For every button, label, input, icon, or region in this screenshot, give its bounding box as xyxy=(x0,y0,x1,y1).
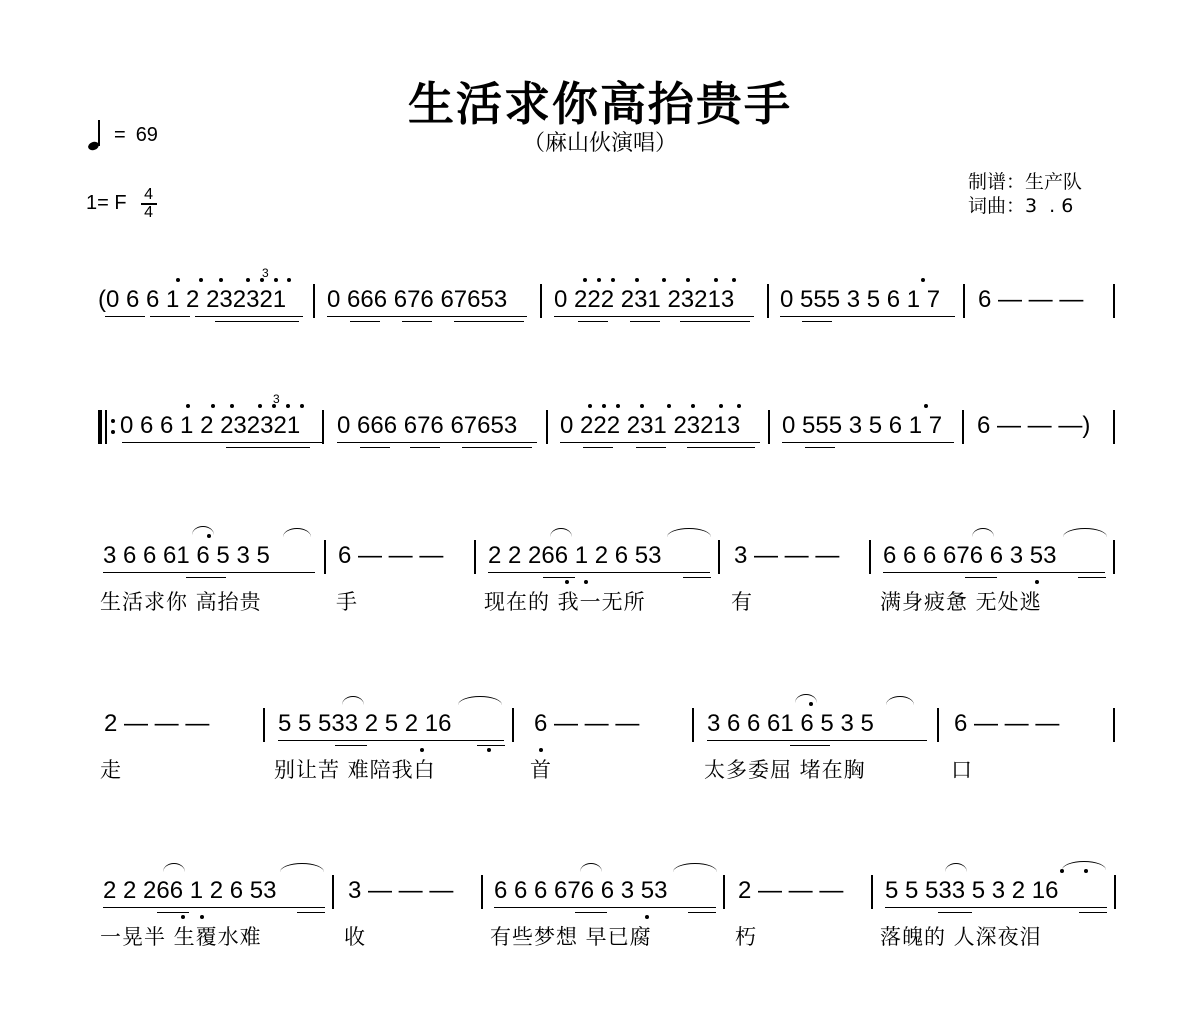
slur xyxy=(580,863,602,872)
lyric: 一晃半 生覆水难 xyxy=(100,921,262,951)
lyric: 有 xyxy=(731,586,753,616)
barline xyxy=(313,284,315,318)
measure: 2 — — — xyxy=(738,877,843,905)
barline xyxy=(1113,284,1115,318)
credits: 制谱：生产队 词曲：3 . 6 xyxy=(968,170,1082,218)
slur xyxy=(1063,528,1107,537)
key-signature: 1= F 4 4 xyxy=(86,188,157,220)
barline xyxy=(718,540,720,574)
slur xyxy=(1062,861,1106,870)
measure: 2 2 266 1 2 6 53 xyxy=(488,542,661,570)
quarter-note-icon xyxy=(88,120,104,150)
lyric: 首 xyxy=(530,754,552,784)
triplet-mark: 3 xyxy=(273,392,280,406)
barline xyxy=(937,708,939,742)
time-signature: 4 4 xyxy=(141,188,157,220)
slur xyxy=(886,696,914,705)
slur xyxy=(342,696,364,705)
credit-composer: 词曲：3 . 6 xyxy=(968,194,1082,218)
lyric: 现在的 我一无所 xyxy=(484,586,646,616)
barline xyxy=(322,410,324,444)
barline xyxy=(871,875,873,909)
song-subtitle: （麻山伙演唱） xyxy=(0,126,1200,157)
measure: 5 5 533 5 3 2 16 xyxy=(885,877,1058,905)
measure: 0 555 3 5 6 1 7 xyxy=(780,286,940,314)
measure: 6 — — — xyxy=(534,710,639,738)
slur xyxy=(972,528,994,537)
lyric: 口 xyxy=(951,754,973,784)
barline xyxy=(324,540,326,574)
barline xyxy=(1114,875,1116,909)
lyric: 别让苦 难陪我白 xyxy=(274,754,436,784)
time-numerator: 4 xyxy=(144,188,153,202)
lyric: 走 xyxy=(100,754,122,784)
slur xyxy=(163,863,185,872)
barline xyxy=(481,875,483,909)
credit-arranger: 制谱：生产队 xyxy=(968,170,1082,194)
barline xyxy=(263,708,265,742)
barline xyxy=(692,708,694,742)
slur xyxy=(550,528,572,537)
lyric: 有些梦想 早已腐 xyxy=(490,921,652,951)
lyric: 落魄的 人深夜泪 xyxy=(880,921,1042,951)
barline xyxy=(962,410,964,444)
measure: 3 — — — xyxy=(734,542,839,570)
slur xyxy=(280,863,324,872)
slur xyxy=(458,696,502,705)
slur xyxy=(192,526,214,535)
measure: 6 — — —) xyxy=(977,412,1090,440)
measure: 0 666 676 67653 xyxy=(327,286,507,314)
time-denominator: 4 xyxy=(144,206,153,220)
tempo-bpm: 69 xyxy=(136,124,158,147)
slur xyxy=(945,863,967,872)
lyric: 收 xyxy=(344,921,366,951)
measure: 3 6 6 61 6 5 3 5 xyxy=(707,710,874,738)
lyric: 太多委屈 堵在胸 xyxy=(704,754,866,784)
slur xyxy=(283,528,311,537)
credit-label: 制谱： xyxy=(968,171,1025,193)
tempo-equals: = xyxy=(114,124,126,147)
barline xyxy=(768,410,770,444)
measure: 6 — — — xyxy=(978,286,1083,314)
barline xyxy=(540,284,542,318)
lyric: 手 xyxy=(336,586,358,616)
barline xyxy=(869,540,871,574)
barline xyxy=(767,284,769,318)
slur xyxy=(795,694,817,703)
triplet-mark: 3 xyxy=(262,266,269,280)
measure: 6 — — — xyxy=(338,542,443,570)
measure: 6 6 6 676 6 3 53 xyxy=(883,542,1056,570)
lyric: 朽 xyxy=(735,921,757,951)
measure: 0 222 231 23213 xyxy=(554,286,734,314)
credit-value: 3 . 6 xyxy=(1025,195,1073,217)
measure: (0 6 6 1 2 232321 xyxy=(98,286,286,314)
measure: 2 2 266 1 2 6 53 xyxy=(103,877,276,905)
barline xyxy=(963,284,965,318)
measure: 3 — — — xyxy=(348,877,453,905)
credit-label: 词曲： xyxy=(968,195,1025,217)
barline xyxy=(1113,540,1115,574)
barline xyxy=(1113,410,1115,444)
song-title: 生活求你高抬贵手 xyxy=(0,68,1200,134)
barline xyxy=(512,708,514,742)
measure: 0 666 676 67653 xyxy=(337,412,517,440)
measure: 2 — — — xyxy=(104,710,209,738)
barline xyxy=(1113,708,1115,742)
measure: 5 5 533 2 5 2 16 xyxy=(278,710,451,738)
measure: 6 — — — xyxy=(954,710,1059,738)
key-label: 1= F xyxy=(86,192,127,215)
slur xyxy=(667,528,711,537)
barline xyxy=(332,875,334,909)
slur xyxy=(673,863,717,872)
lyric: 满身疲惫 无处逃 xyxy=(880,586,1042,616)
tempo-marking: = 69 xyxy=(88,120,158,150)
measure: 6 6 6 676 6 3 53 xyxy=(494,877,667,905)
barline xyxy=(546,410,548,444)
barline xyxy=(723,875,725,909)
barline xyxy=(474,540,476,574)
measure: 0 6 6 1 2 232321 xyxy=(120,412,300,440)
measure: 0 555 3 5 6 1 7 xyxy=(782,412,942,440)
lyric: 生活求你 高抬贵 xyxy=(100,586,262,616)
measure: 0 222 231 23213 xyxy=(560,412,740,440)
credit-value: 生产队 xyxy=(1025,171,1082,193)
measure: 3 6 6 61 6 5 3 5 xyxy=(103,542,270,570)
